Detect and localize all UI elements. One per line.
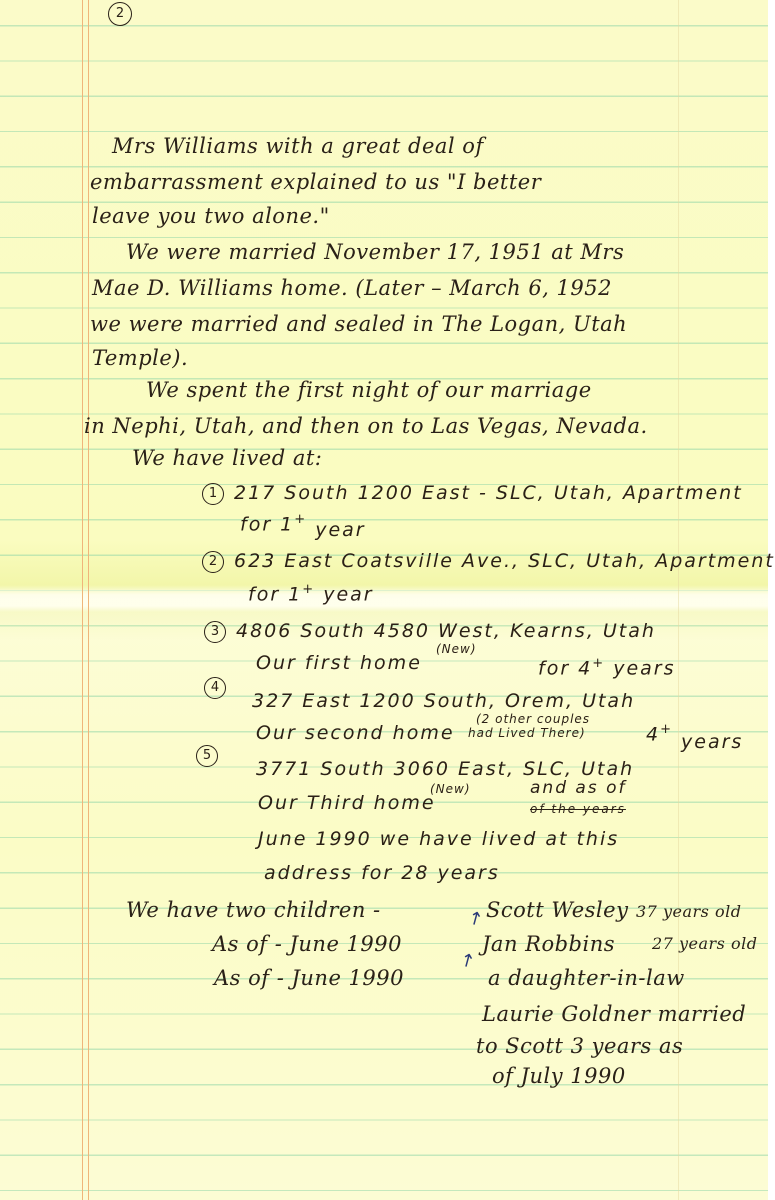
residence-5-line3: June 1990 we have lived at this	[258, 828, 619, 850]
daughter-in-law-line2: Laurie Goldner married	[482, 1002, 746, 1026]
duration-unit: years	[613, 657, 675, 679]
text-line: in Nephi, Utah, and then on to Las Vegas…	[84, 414, 648, 438]
annotation-new: (New)	[436, 642, 477, 656]
child-1-age: 37 years old	[636, 902, 741, 921]
number-circle: 5	[196, 745, 218, 767]
residence-4-duration: 4+ years	[646, 722, 743, 745]
residence-2-address: 2623 East Coatsville Ave., SLC, Utah, Ap…	[202, 550, 775, 573]
number-circle: 2	[202, 551, 224, 573]
number-circle: 4	[204, 677, 226, 699]
duration-unit: years	[681, 731, 743, 753]
residence-1-duration: for 1+ year	[240, 512, 366, 535]
annotation-couples-top: (2 other couples	[476, 712, 590, 726]
text-line: Mrs Williams with a great deal of	[112, 134, 484, 158]
child-1-name: Scott Wesley	[486, 898, 628, 922]
text-line: leave you two alone."	[92, 204, 330, 228]
text-line: We have lived at:	[132, 446, 322, 470]
residence-3-address: 34806 South 4580 West, Kearns, Utah	[204, 620, 656, 643]
child-2-age: 27 years old	[652, 934, 757, 953]
text-line: Temple).	[92, 346, 188, 370]
residence-5-description: Our Third home	[258, 792, 436, 814]
residence-5-address: 3771 South 3060 East, SLC, Utah	[256, 758, 634, 780]
plus-sup: +	[592, 656, 605, 671]
address-text: 4806 South 4580 West, Kearns, Utah	[236, 620, 656, 642]
text-line: Mae D. Williams home. (Later – March 6, …	[92, 276, 612, 300]
annotation-couples-bottom: had Lived There)	[468, 726, 586, 740]
text-line: we were married and sealed in The Logan,…	[90, 312, 627, 336]
residence-3-duration: for 4+ years	[538, 656, 676, 679]
struck-text: of the years	[530, 802, 626, 816]
residence-1-address: 1217 South 1200 East - SLC, Utah, Apartm…	[202, 482, 743, 505]
paper-edge	[768, 0, 775, 1200]
duration-text: for 4	[538, 657, 592, 679]
residence-5-line4: address for 28 years	[264, 862, 500, 884]
address-text: 217 South 1200 East - SLC, Utah, Apartme…	[234, 482, 743, 504]
plus-sup: +	[294, 512, 307, 527]
residence-5-asof: and as of	[530, 778, 626, 798]
plus-sup: +	[302, 582, 315, 597]
page-number-circle: 2	[108, 2, 132, 26]
residence-2-duration: for 1+ year	[248, 582, 374, 605]
number-circle: 1	[202, 483, 224, 505]
address-text: 623 East Coatsville Ave., SLC, Utah, Apa…	[234, 550, 775, 572]
residence-4-number: 4	[204, 676, 236, 699]
margin-line-right	[88, 0, 89, 1200]
number-circle: 3	[204, 621, 226, 643]
residence-5-number: 5	[196, 744, 228, 767]
text-line: embarrassment explained to us "I better	[90, 170, 541, 194]
daughter-in-law-line3: to Scott 3 years as	[476, 1034, 683, 1058]
text-line: We spent the first night of our marriage	[146, 378, 592, 402]
plus-sup: +	[660, 722, 673, 737]
annotation-new: (New)	[430, 782, 471, 796]
daughter-in-law-line4: of July 1990	[492, 1064, 626, 1088]
duration-unit: year	[323, 583, 373, 605]
duration-text: for 1	[240, 513, 294, 535]
child-1-asof: As of - June 1990	[212, 932, 402, 956]
text-line: We were married November 17, 1951 at Mrs	[126, 240, 624, 264]
duration-unit: year	[315, 519, 365, 541]
child-2-asof: As of - June 1990	[214, 966, 404, 990]
residence-4-description: Our second home	[256, 722, 455, 744]
duration-text: for 1	[248, 583, 302, 605]
daughter-in-law-line1: a daughter-in-law	[488, 966, 685, 990]
children-intro: We have two children -	[126, 898, 381, 922]
margin-line-left	[82, 0, 83, 1200]
residence-3-description: Our first home	[256, 652, 422, 674]
duration-text: 4	[646, 723, 660, 745]
page-number: 2	[108, 2, 142, 26]
child-2-name: Jan Robbins	[482, 932, 615, 956]
description-text: Our first home	[256, 652, 422, 674]
residence-4-address: 327 East 1200 South, Orem, Utah	[252, 690, 635, 712]
